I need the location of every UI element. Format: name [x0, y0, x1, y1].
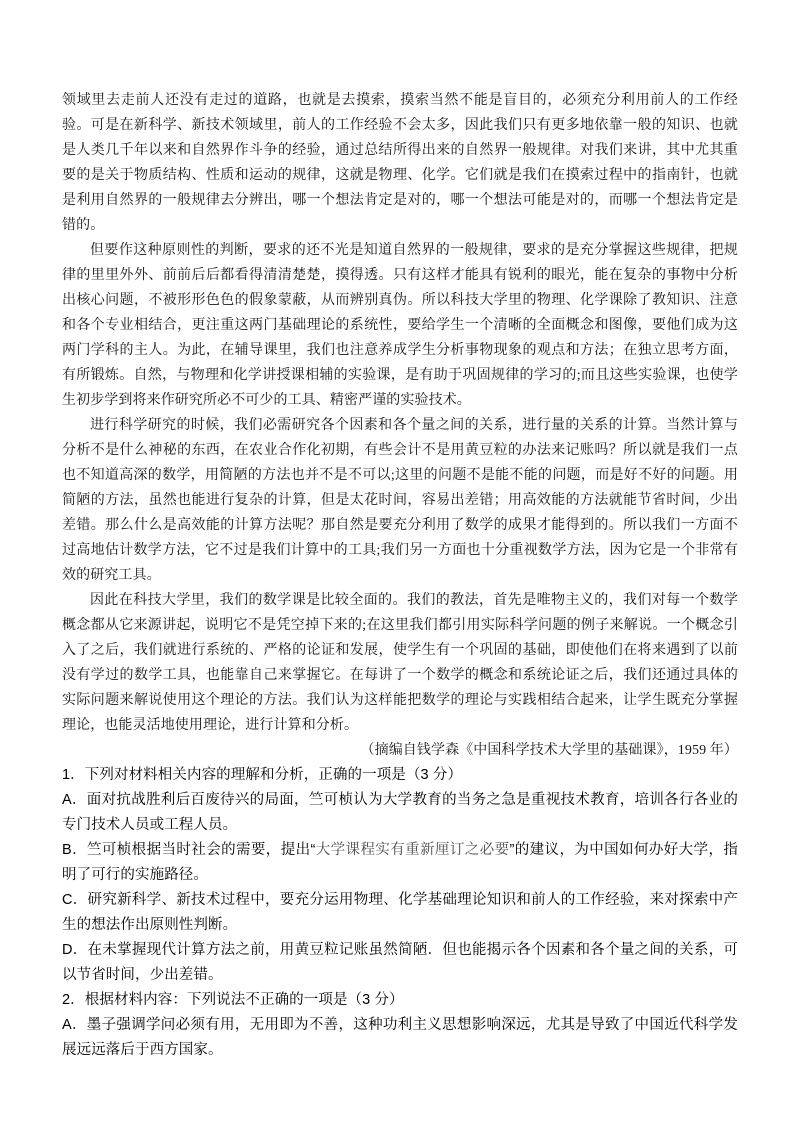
source-attribution: （摘编自钱学森《中国科学技术大学里的基础课》，1959 年） — [62, 738, 738, 763]
question-1-option-b: B．竺可桢根据当时社会的需要，提出“大学课程实有重新厘订之必要”的建议，为中国如… — [62, 838, 738, 888]
option-b-text-before-quote: B．竺可桢根据当时社会的需要，提出“ — [62, 842, 315, 858]
question-2-stem: 2．根据材料内容：下列说法不正确的一项是（3 分） — [62, 988, 738, 1013]
question-2-option-a: A．墨子强调学问必须有用，无用即为不善，这种功利主义思想影响深远，尤其是导致了中… — [62, 1013, 738, 1063]
question-1-option-d: D．在未掌握现代计算方法之前，用黄豆粒记账虽然简陋．但也能揭示各个因素和各个量之… — [62, 938, 738, 988]
exam-document-page: 领域里去走前人还没有走过的道路，也就是去摸索，摸索当然不能是盲目的，必须充分利用… — [0, 0, 794, 1123]
body-paragraph-1: 领域里去走前人还没有走过的道路，也就是去摸索，摸索当然不能是盲目的，必须充分利用… — [62, 88, 738, 238]
question-1-option-c: C．研究新科学、新技术过程中，要充分运用物理、化学基础理论知识和前人的工作经验，… — [62, 888, 738, 938]
body-paragraph-3: 进行科学研究的时候，我们必需研究各个因素和各个量之间的关系，进行量的关系的计算。… — [62, 413, 738, 588]
body-paragraph-4: 因此在科技大学里，我们的数学课是比较全面的。我们的教法，首先是唯物主义的，我们对… — [62, 588, 738, 738]
option-b-quoted-phrase: 大学课程实有重新厘订之必要 — [315, 842, 509, 858]
page-content: 领域里去走前人还没有走过的道路，也就是去摸索，摸索当然不能是盲目的，必须充分利用… — [62, 88, 738, 1063]
question-1-option-a: A．面对抗战胜利后百废待兴的局面，竺可桢认为大学教育的当务之急是重视技术教育，培… — [62, 788, 738, 838]
body-paragraph-2: 但要作这种原则性的判断，要求的还不光是知道自然界的一般规律，要求的是充分掌握这些… — [62, 238, 738, 413]
question-1-stem: 1．下列对材料相关内容的理解和分析，正确的一项是（3 分） — [62, 763, 738, 788]
